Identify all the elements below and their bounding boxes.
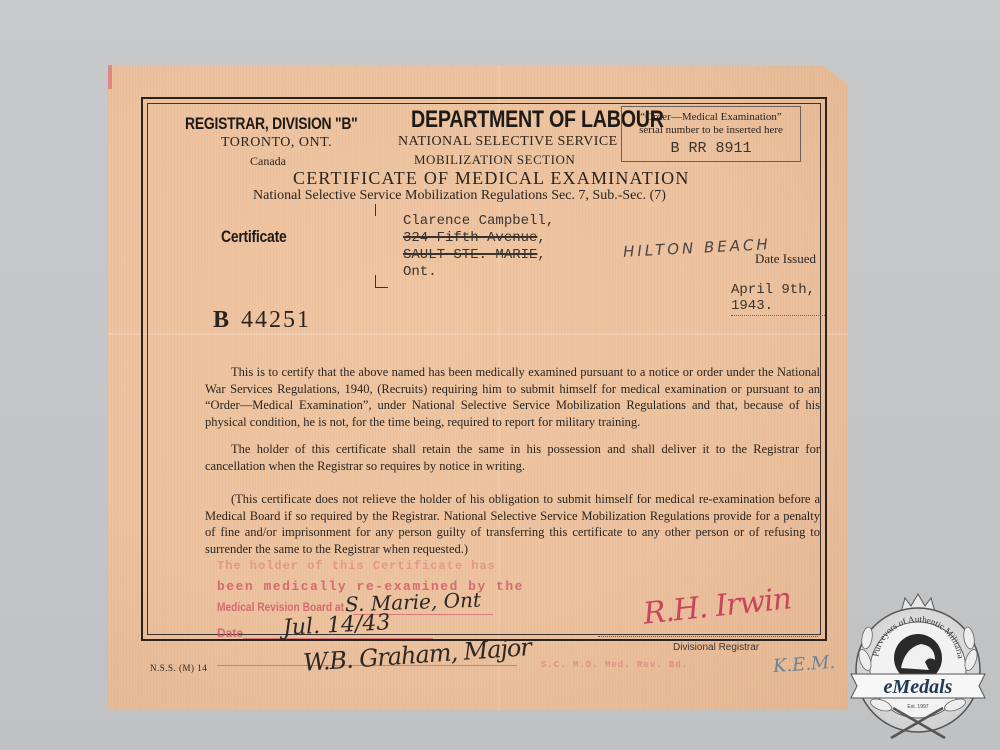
red-edge-mark	[108, 65, 112, 89]
certificate-label: Certificate	[221, 227, 286, 247]
certificate-border: REGISTRAR, DIVISION "B" TORONTO, ONT. Ca…	[141, 97, 827, 641]
laurel-crest-icon: Purveyors of Authentic Militaria eMedals…	[843, 590, 993, 745]
registrar-title: REGISTRAR, DIVISION "B"	[185, 114, 358, 134]
recipient-name: Clarence Campbell,	[403, 213, 554, 229]
stamp-footer: S.C. M.O. Med. Rev. Bd.	[541, 660, 688, 670]
handwritten-date: Jul. 14/43	[282, 610, 391, 641]
recipient-city: SAULT STE. MARIE,	[403, 247, 546, 263]
emedals-logo: Purveyors of Authentic Militaria eMedals…	[843, 590, 993, 745]
recipient-city-struck: SAULT STE. MARIE	[403, 247, 537, 263]
certificate-subtitle: National Selective Service Mobilization …	[253, 188, 666, 204]
registrar-signature-line	[598, 636, 818, 637]
form-code: N.S.S. (M) 14	[150, 663, 207, 673]
address-bracket-bottom-left	[375, 275, 388, 288]
paragraph-certification: This is to certify that the above named …	[205, 364, 820, 430]
svg-text:Est. 1997: Est. 1997	[907, 704, 928, 710]
department-subtitle-1: NATIONAL SELECTIVE SERVICE	[398, 134, 618, 150]
paragraph-obligation: (This certificate does not relieve the h…	[205, 491, 820, 557]
paragraph-retention: The holder of this certificate shall ret…	[205, 441, 820, 474]
registrar-city: TORONTO, ONT.	[221, 135, 332, 151]
serial-label-line-1: “Order—Medical Examination”	[622, 111, 800, 123]
certificate-paper: REGISTRAR, DIVISION "B" TORONTO, ONT. Ca…	[108, 65, 848, 710]
serial-number-value: B RR 8911	[622, 140, 800, 157]
certificate-title: CERTIFICATE OF MEDICAL EXAMINATION	[293, 168, 690, 189]
date-issued-value: April 9th, 1943.	[731, 282, 825, 316]
brand-name: eMedals	[884, 676, 953, 698]
serial-number-box: “Order—Medical Examination” serial numbe…	[621, 106, 801, 162]
registrar-country: Canada	[250, 154, 286, 169]
initials: K.E.M.	[772, 652, 836, 677]
date-issued-label: Date Issued	[755, 251, 816, 267]
address-bracket-top	[375, 204, 376, 216]
recipient-street: 324 Fifth Avenue,	[403, 230, 546, 246]
certificate-number: B44251	[213, 307, 311, 334]
department-subtitle-2: MOBILIZATION SECTION	[414, 152, 575, 168]
recipient-province: Ont.	[403, 264, 437, 280]
serial-label-line-2: serial number to be inserted here	[622, 124, 800, 136]
stamp-line-4: Date	[217, 626, 243, 640]
stamp-line-3: Medical Revision Board at	[217, 600, 344, 614]
recipient-street-struck: 324 Fifth Avenue	[403, 230, 537, 246]
registrar-label: Divisional Registrar	[673, 642, 759, 653]
stamp-line-1: The holder of this Certificate has	[217, 559, 496, 573]
